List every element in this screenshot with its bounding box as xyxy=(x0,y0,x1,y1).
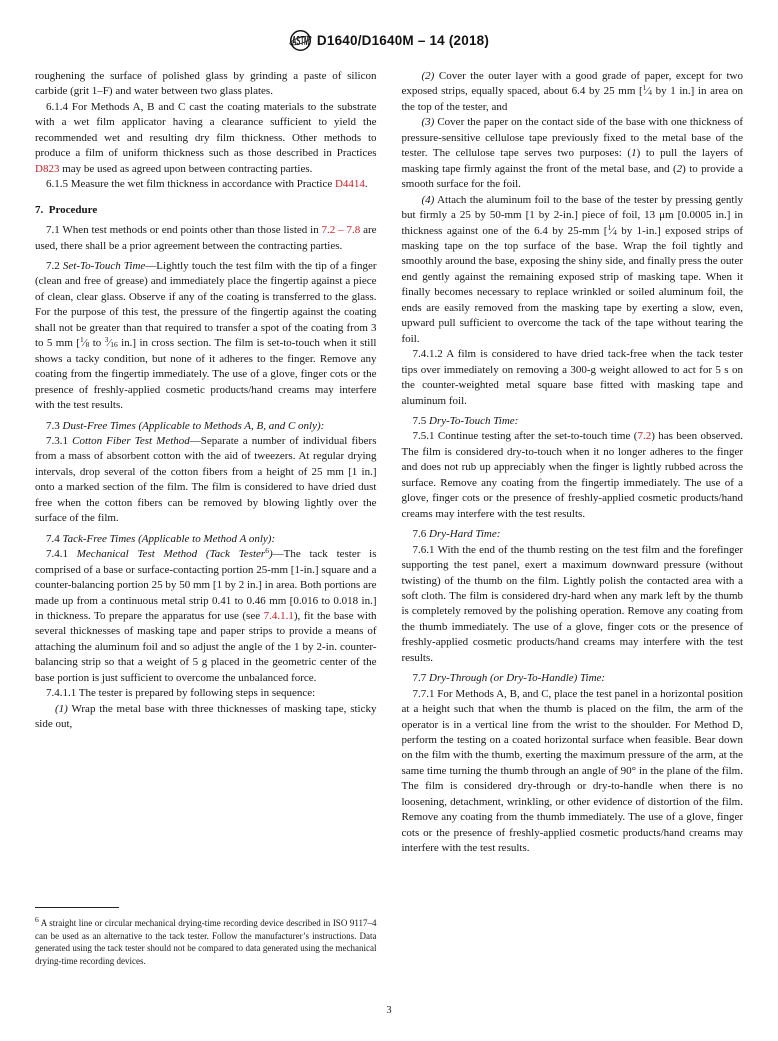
text-run: 7. Procedure xyxy=(35,204,97,216)
paragraph: 7.6.1 With the end of the thumb resting … xyxy=(402,543,744,667)
paragraph: 6.1.5 Measure the wet film thickness in … xyxy=(35,177,377,192)
text-run: Mechanical Test Method (Tack Tester xyxy=(77,548,265,560)
paragraph: (1) Wrap the metal base with three thick… xyxy=(35,702,377,733)
text-run: 7.4.1 xyxy=(46,548,77,560)
text-run: 7.4.1.1 The tester is prepared by follow… xyxy=(46,687,315,699)
footnote: 6 A straight line or circular mechanical… xyxy=(35,907,377,977)
text-run: 7.2 xyxy=(46,260,63,272)
paragraph: 7.7 Dry-Through (or Dry-To-Handle) Time: xyxy=(402,671,744,686)
two-column-body: roughening the surface of polished glass… xyxy=(0,69,778,977)
paragraph: 7.4 Tack-Free Times (Applicable to Metho… xyxy=(35,532,377,547)
paragraph: 6.1.4 For Methods A, B and C cast the co… xyxy=(35,100,377,177)
text-run: 7.5 xyxy=(413,415,430,427)
text-run: 7.6.1 With the end of the thumb resting … xyxy=(402,544,744,664)
column-left-text: roughening the surface of polished glass… xyxy=(35,69,377,733)
paragraph: 7.4.1 Mechanical Test Method (Tack Teste… xyxy=(35,547,377,686)
text-run: (4) xyxy=(422,194,435,206)
text-run: by 1-in.] exposed strips of masking tape… xyxy=(402,225,744,345)
text-run: A straight line or circular mechanical d… xyxy=(35,918,377,966)
page-header: ASTM D1640/D1640M – 14 (2018) xyxy=(0,0,778,52)
text-run: 7.7.1 For Methods A, B, and C, place the… xyxy=(402,688,744,855)
column-right-text: (2) Cover the outer layer with a good gr… xyxy=(402,69,744,857)
text-run: Dry-To-Touch Time: xyxy=(429,415,518,427)
text-run: Dust-Free Times (Applicable to Methods A… xyxy=(63,420,325,432)
text-run: (1) xyxy=(55,703,68,715)
text-run: may be used as agreed upon between contr… xyxy=(59,163,312,175)
text-run: 7.7 xyxy=(413,672,430,684)
cross-reference-link[interactable]: 7.4.1.1 xyxy=(264,610,294,622)
paragraph: (2) Cover the outer layer with a good gr… xyxy=(402,69,744,115)
cross-reference-link[interactable]: D823 xyxy=(35,163,59,175)
text-run: Tack-Free Times (Applicable to Method A … xyxy=(63,533,276,545)
footnote-rule xyxy=(35,907,119,908)
text-run: 7.3 xyxy=(46,420,63,432)
subscript: 16 xyxy=(110,340,118,349)
paragraph: 7.2 Set-To-Touch Time—Lightly touch the … xyxy=(35,259,377,414)
text-run: Dry-Through (or Dry-To-Handle) Time: xyxy=(429,672,605,684)
paragraph: 7.6 Dry-Hard Time: xyxy=(402,527,744,542)
cross-reference-link[interactable]: 7.2 xyxy=(637,430,651,442)
paragraph: 6 A straight line or circular mechanical… xyxy=(35,917,377,968)
paragraph: 7.3 Dust-Free Times (Applicable to Metho… xyxy=(35,419,377,434)
footnote-text: 6 A straight line or circular mechanical… xyxy=(35,917,377,968)
text-run: (3) xyxy=(422,116,435,128)
text-run: 7.4 xyxy=(46,533,63,545)
document-page: { "accent_color": "#cb2026", "header": {… xyxy=(0,0,778,1041)
cross-reference-link[interactable]: D4414 xyxy=(335,178,365,190)
section-heading: 7. Procedure xyxy=(35,203,377,218)
text-run: —Lightly touch the test film with the ti… xyxy=(35,260,377,349)
text-run: roughening the surface of polished glass… xyxy=(35,70,377,97)
paragraph: 7.5.1 Continue testing after the set-to-… xyxy=(402,429,744,522)
astm-logo-icon: ASTM xyxy=(289,29,312,52)
text-run: Cotton Fiber Test Method xyxy=(72,435,190,447)
text-run: 6.1.5 Measure the wet film thickness in … xyxy=(46,178,335,190)
column-left: roughening the surface of polished glass… xyxy=(35,69,377,977)
text-run: 6.1.4 For Methods A, B and C cast the co… xyxy=(35,101,377,159)
paragraph: 7.4.1.2 A film is considered to have dri… xyxy=(402,347,744,409)
paragraph: 7.5 Dry-To-Touch Time: xyxy=(402,414,744,429)
text-run: 7.6 xyxy=(413,528,430,540)
paragraph: roughening the surface of polished glass… xyxy=(35,69,377,100)
text-run: 7.4.1.2 A film is considered to have dri… xyxy=(402,348,744,406)
paragraph: 7.7.1 For Methods A, B, and C, place the… xyxy=(402,687,744,857)
paragraph: 7.3.1 Cotton Fiber Test Method—Separate … xyxy=(35,434,377,527)
text-run: ) has been observed. The film is conside… xyxy=(402,430,744,519)
text-run: —Separate a number of individual fibers … xyxy=(35,435,377,524)
page-number: 3 xyxy=(0,1005,778,1016)
document-code: D1640/D1640M – 14 (2018) xyxy=(317,33,489,48)
text-run: (2) xyxy=(422,70,435,82)
text-run: 7.5.1 Continue testing after the set-to-… xyxy=(413,430,638,442)
text-run: 7.3.1 xyxy=(46,435,72,447)
text-run: 7.1 When test methods or end points othe… xyxy=(46,224,322,236)
column-right: (2) Cover the outer layer with a good gr… xyxy=(402,69,744,977)
text-run: . xyxy=(365,178,368,190)
text-run: Dry-Hard Time: xyxy=(429,528,500,540)
paragraph: (3) Cover the paper on the contact side … xyxy=(402,115,744,192)
text-run: to xyxy=(89,337,104,349)
cross-reference-link[interactable]: 7.2 – 7.8 xyxy=(322,224,361,236)
paragraph: (4) Attach the aluminum foil to the base… xyxy=(402,193,744,348)
text-run: Wrap the metal base with three thickness… xyxy=(35,703,377,730)
paragraph: 7.1 When test methods or end points othe… xyxy=(35,223,377,254)
text-run: Set-To-Touch Time xyxy=(63,260,145,272)
paragraph: 7.4.1.1 The tester is prepared by follow… xyxy=(35,686,377,701)
